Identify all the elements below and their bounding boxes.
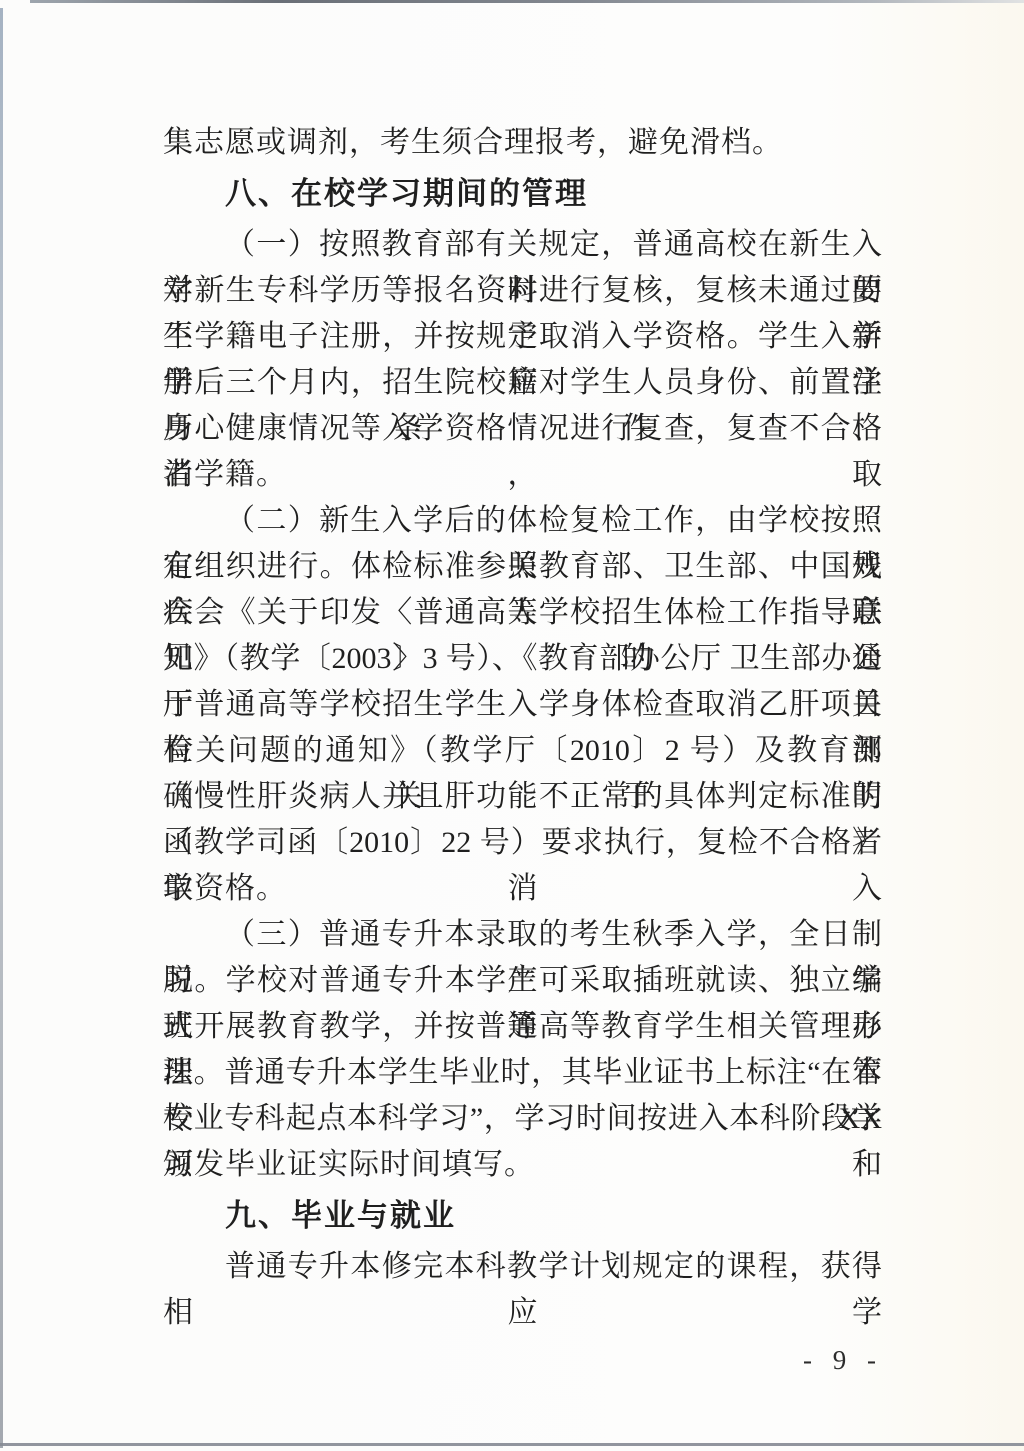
text-line: 普通专升本修完本科教学计划规定的课程，获得相应学 — [163, 1244, 882, 1290]
scan-edge-bottom — [0, 1443, 1024, 1446]
text-line: 确慢性肝炎病人并且肝功能不正常的具体判定标准的函》 — [163, 774, 882, 820]
text-line: 合会《关于印发〈普通高等学校招生体检工作指导意见〉的通 — [163, 590, 882, 636]
text-line: 定组织进行。体检标准参照教育部、卫生部、中国残疾人联 — [163, 544, 882, 590]
text-line: 知》（教学〔2003〕3 号）、《教育部办公厅 卫生部办公厅关 — [163, 636, 882, 682]
text-line: 集志愿或调剂，考生须合理报考，避免滑档。 — [163, 120, 882, 166]
text-line: 册后三个月内，招生院校应对学生人员身份、前置学历条件、 — [163, 360, 882, 406]
text-line: 于普通高等学校招生学生入学身体检查取消乙肝项目检测 — [163, 682, 882, 728]
text-line: （三）普通专升本录取的考生秋季入学，全日制脱产学 — [163, 912, 882, 958]
text-line: 式开展教育教学，并按普通高等教育学生相关管理办法管 — [163, 1004, 882, 1050]
text-line: 理。普通专升本学生毕业时，其毕业证书上标注“在本校 XX — [163, 1050, 882, 1096]
text-line: 专业专科起点本科学习”，学习时间按进入本科阶段学习和 — [163, 1096, 882, 1142]
text-line: 有关问题的通知》（教学厅〔2010〕2 号）及教育部《关于明 — [163, 728, 882, 774]
text-line: （二）新生入学后的体检复检工作，由学校按照有关规 — [163, 498, 882, 544]
page-number: - 9 - — [803, 1345, 883, 1376]
text-line: 生学籍电子注册，并按规定取消入学资格。学生入学学籍注 — [163, 314, 882, 360]
text-block: 集志愿或调剂，考生须合理报考，避免滑档。八、在校学习期间的管理（一）按照教育部有… — [163, 120, 882, 1290]
section-heading: 八、在校学习期间的管理 — [163, 166, 882, 222]
text-line: （教学司函〔2010〕22 号）要求执行，复检不合格者取消入 — [163, 820, 882, 866]
text-line: 习。学校对普通专升本学生可采取插班就读、独立编班等形 — [163, 958, 882, 1004]
text-line: 对新生专科学历等报名资料进行复核，复核未通过的不予新 — [163, 268, 882, 314]
scan-edge-left — [0, 8, 3, 1448]
document-page: 集志愿或调剂，考生须合理报考，避免滑档。八、在校学习期间的管理（一）按照教育部有… — [0, 0, 1024, 1451]
section-heading: 九、毕业与就业 — [163, 1188, 882, 1244]
text-line: （一）按照教育部有关规定，普通高校在新生入学时要 — [163, 222, 882, 268]
scan-edge-top — [30, 0, 1024, 3]
text-line: 身心健康情况等入学资格情况进行复查，复查不合格者，取 — [163, 406, 882, 452]
